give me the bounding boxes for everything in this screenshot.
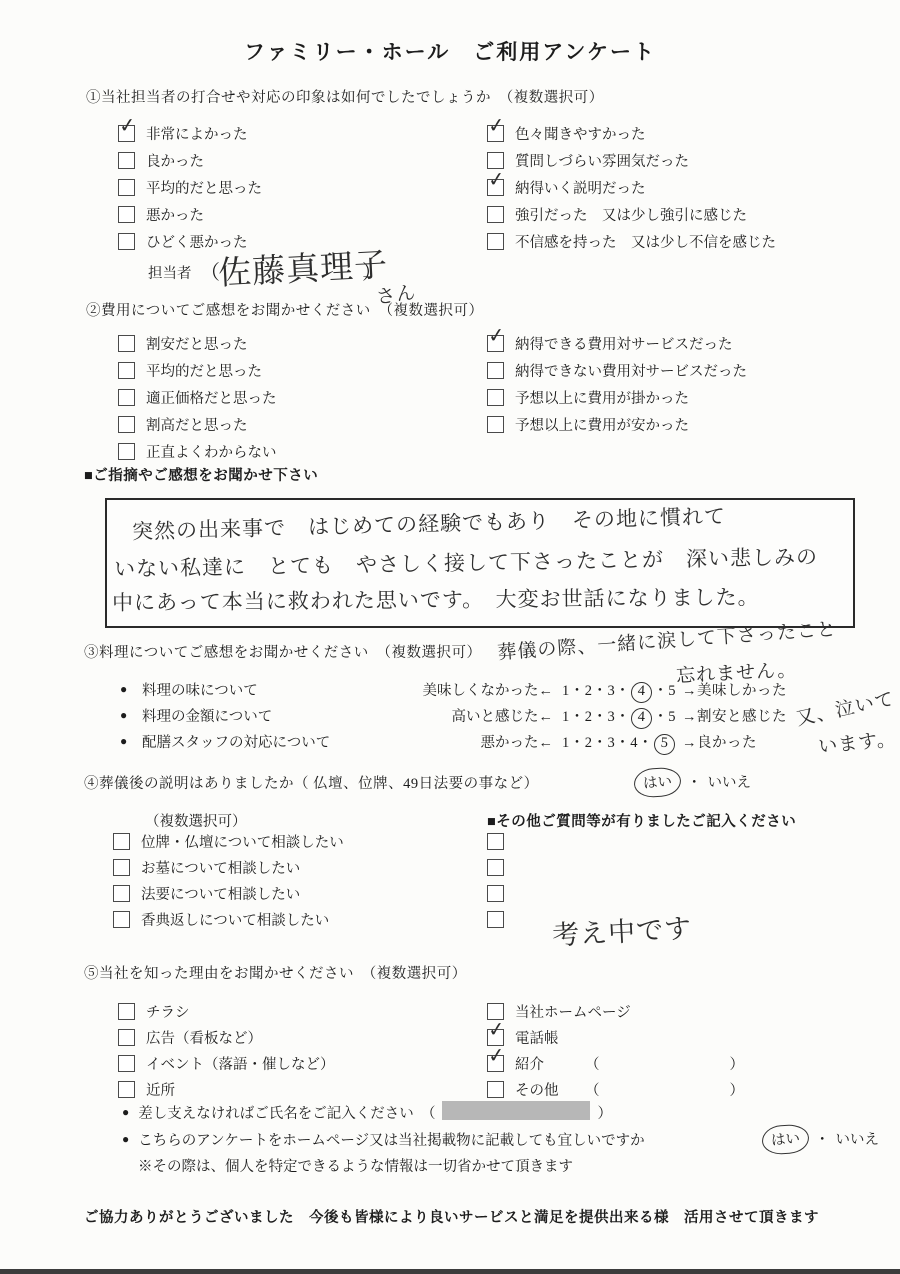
checkmark: ✓: [118, 114, 138, 136]
scale-high-label: →美味しかった: [682, 683, 787, 699]
footer-thanks-line: ご協力ありがとうございました 今後も皆様により良いサービスと満足を提供出来る様 …: [84, 1206, 819, 1227]
scan-edge-artifact: [0, 1269, 900, 1274]
checkbox-label: 平均的だと思った: [146, 177, 262, 198]
q1-right-option-1[interactable]: 質問しづらい雰囲気だった: [487, 147, 776, 174]
checkbox-label: 予想以上に費用が安かった: [515, 414, 689, 435]
checkbox-label: 納得できる費用対サービスだった: [515, 333, 733, 354]
q2-heading: ②費用についてご感想をお聞かせください （複数選択可）: [86, 299, 483, 320]
checkbox[interactable]: [118, 443, 135, 460]
bullet-icon: ●: [120, 708, 127, 723]
checkbox-label: 良かった: [146, 150, 204, 171]
scale-numbers-before[interactable]: 1・2・3・4・: [562, 735, 653, 751]
q3-heading: ③料理についてご感想をお聞かせください （複数選択可）: [84, 641, 481, 662]
checkbox-label: チラシ: [146, 1001, 190, 1022]
checkbox[interactable]: [118, 1029, 135, 1046]
q3-row-taste: ● 料理の味について 美味しくなかった← 1・2・3・4・5→美味しかった: [0, 679, 900, 701]
scale-low-label: 美味しくなかった←: [385, 679, 553, 700]
checkbox-label: 適正価格だと思った: [146, 387, 277, 408]
comment-line-3: 中にあって本当に救われた思いです。 大変お世話になりました。: [112, 581, 760, 617]
q4-yes-no-choice: はい・いいえ: [634, 768, 751, 797]
checkbox[interactable]: [118, 206, 135, 223]
q1-left-option-0[interactable]: ✓ 非常によかった: [118, 120, 262, 147]
name-request-line: ● 差し支えなければご氏名をご記入ください （ ）: [122, 1101, 612, 1123]
q5-heading: ⑤当社を知った理由をお聞かせください （複数選択可）: [84, 962, 467, 983]
circled-rating[interactable]: 4: [631, 707, 653, 729]
q5-left-options: チラシ 広告（看板など） イベント（落語・催しなど） 近所: [118, 998, 335, 1102]
checkbox[interactable]: [118, 416, 135, 433]
q4-left-option-1[interactable]: お墓について相談したい: [113, 854, 344, 880]
bullet-icon: ●: [122, 1132, 129, 1147]
checkmark: ✓: [487, 168, 507, 190]
q3-item-label: 配膳スタッフの対応について: [142, 731, 330, 752]
q4-right-option-0[interactable]: [487, 828, 515, 854]
checkbox[interactable]: [113, 885, 130, 902]
q1-right-option-4[interactable]: 不信感を持った 又は少し不信を感じた: [487, 228, 776, 255]
q4-left-option-0[interactable]: 位牌・仏壇について相談したい: [113, 828, 344, 854]
q4-left-option-2[interactable]: 法要について相談したい: [113, 880, 344, 906]
paren-open: （: [585, 1053, 600, 1074]
checkbox-label: 近所: [146, 1079, 175, 1100]
q5-right-option-2[interactable]: ✓ 紹介 （ ）: [487, 1050, 744, 1076]
q2-right-option-1[interactable]: 納得できない費用対サービスだった: [487, 357, 747, 384]
checkbox[interactable]: [118, 335, 135, 352]
checkbox-label: お墓について相談したい: [141, 857, 300, 878]
publish-yes-circled[interactable]: はい: [761, 1123, 810, 1155]
checkbox-label: 強引だった 又は少し強引に感じた: [515, 204, 747, 225]
checkbox[interactable]: [487, 859, 504, 876]
q5-left-option-0[interactable]: チラシ: [118, 998, 335, 1024]
paren-close: ）: [730, 1079, 745, 1100]
publish-consent-line: ● こちらのアンケートをホームページ又は当社掲載物に記載しても宜しいですか: [122, 1129, 645, 1150]
bullet-icon: ●: [120, 682, 127, 697]
bullet-icon: ●: [120, 734, 127, 749]
q5-right-options: 当社ホームページ ✓ 電話帳 ✓ 紹介 （ ） その他 （ ）: [487, 998, 744, 1102]
checkbox[interactable]: [118, 389, 135, 406]
rating-scale[interactable]: 1・2・3・4・5→美味しかった: [562, 679, 787, 703]
q4-yes-circled[interactable]: はい: [633, 766, 682, 798]
page-title: ファミリー・ホール ご利用アンケート: [0, 36, 900, 66]
checkbox[interactable]: [487, 833, 504, 850]
checkbox[interactable]: [118, 233, 135, 250]
q4-left-options: 位牌・仏壇について相談したい お墓について相談したい 法要について相談したい 香…: [113, 828, 344, 932]
checkbox[interactable]: [487, 389, 504, 406]
checkbox[interactable]: [113, 911, 130, 928]
scale-numbers-after[interactable]: ・5: [653, 683, 676, 699]
checkbox-label: 納得いく説明だった: [515, 177, 646, 198]
checkbox[interactable]: [113, 859, 130, 876]
q4-heading: ④葬儀後の説明はありましたか（ 仏壇、位牌、49日法要の事など）: [84, 772, 539, 793]
checkbox[interactable]: [118, 1081, 135, 1098]
staff-paren-close: ）: [362, 256, 382, 285]
q4-handwritten-note: 考え中です: [551, 906, 693, 952]
survey-form-page: ファミリー・ホール ご利用アンケート ①当社担当者の打合せや対応の印象は如何でし…: [0, 0, 900, 1274]
q1-right-option-3[interactable]: 強引だった 又は少し強引に感じた: [487, 201, 776, 228]
checkbox-label: 平均的だと思った: [146, 360, 262, 381]
q1-left-option-1[interactable]: 良かった: [118, 147, 262, 174]
scale-low-label: 高いと感じた←: [385, 705, 553, 726]
checkbox[interactable]: [113, 833, 130, 850]
checkbox-label: 色々聞きやすかった: [515, 123, 646, 144]
publish-consent-text: こちらのアンケートをホームページ又は当社掲載物に記載しても宜しいですか: [138, 1129, 644, 1150]
checkbox[interactable]: [118, 152, 135, 169]
q4-right-option-2[interactable]: [487, 880, 515, 906]
scale-numbers-before[interactable]: 1・2・3・: [562, 683, 630, 699]
scale-low-label: 悪かった←: [385, 731, 553, 752]
q1-right-option-2[interactable]: ✓ 納得いく説明だった: [487, 174, 776, 201]
q3-row-staff: ● 配膳スタッフの対応について 悪かった← 1・2・3・4・5→良かった: [0, 731, 900, 753]
checkbox-label: 位牌・仏壇について相談したい: [141, 831, 344, 852]
checkbox-label: 納得できない費用対サービスだった: [515, 360, 747, 381]
checkbox-label: 割安だと思った: [146, 333, 248, 354]
checkbox-label: 紹介: [515, 1053, 585, 1074]
q4-no[interactable]: いいえ: [708, 775, 752, 791]
q5-right-option-1[interactable]: ✓ 電話帳: [487, 1024, 744, 1050]
checkbox[interactable]: [487, 1081, 504, 1098]
checkbox-label: 質問しづらい雰囲気だった: [515, 150, 689, 171]
checkbox-label: 不信感を持った 又は少し不信を感じた: [515, 231, 776, 252]
q2-left-option-2[interactable]: 適正価格だと思った: [118, 384, 277, 411]
checkbox-label: 割高だと思った: [146, 414, 248, 435]
q5-right-option-3[interactable]: その他 （ ）: [487, 1076, 744, 1102]
checkbox[interactable]: [487, 362, 504, 379]
q4-right-option-3[interactable]: [487, 906, 515, 932]
q1-left-options: ✓ 非常によかった 良かった 平均的だと思った 悪かった ひどく悪かった: [118, 120, 262, 255]
q5-left-option-1[interactable]: 広告（看板など）: [118, 1024, 335, 1050]
name-request-text: 差し支えなければご氏名をご記入ください （: [138, 1102, 435, 1123]
circled-rating[interactable]: 4: [631, 681, 653, 703]
q4-right-option-1[interactable]: [487, 854, 515, 880]
checkmark: ✓: [487, 114, 507, 136]
q2-left-option-4[interactable]: 正直よくわからない: [118, 438, 277, 465]
staff-label: 担当者: [148, 262, 192, 283]
q4-right-heading: ■その他ご質問等が有りましたご記入ください: [487, 810, 796, 831]
circled-rating[interactable]: 5: [653, 733, 675, 755]
checkbox[interactable]: ✓: [487, 1055, 504, 1072]
checkbox[interactable]: [487, 885, 504, 902]
paren-close: ）: [598, 1102, 613, 1123]
checkmark: ✓: [487, 1044, 507, 1066]
checkbox-label: 広告（看板など）: [146, 1027, 262, 1048]
bullet-icon: ●: [122, 1105, 129, 1120]
checkbox[interactable]: ✓: [118, 125, 135, 142]
scale-high-label: →割安と感じた: [682, 709, 787, 725]
separator-dot: ・: [687, 775, 702, 791]
q2-right-option-3[interactable]: 予想以上に費用が安かった: [487, 411, 747, 438]
checkbox-label: 非常によかった: [146, 123, 248, 144]
publish-no[interactable]: いいえ: [836, 1132, 880, 1148]
q2-left-options: 割安だと思った 平均的だと思った 適正価格だと思った 割高だと思った 正直よくわ…: [118, 330, 277, 465]
checkmark: ✓: [487, 324, 507, 346]
checkbox[interactable]: ✓: [487, 179, 504, 196]
q3-item-label: 料理の味について: [142, 679, 258, 700]
q2-right-option-0[interactable]: ✓ 納得できる費用対サービスだった: [487, 330, 747, 357]
checkbox[interactable]: [487, 416, 504, 433]
q1-right-option-0[interactable]: ✓ 色々聞きやすかった: [487, 120, 776, 147]
checkbox[interactable]: [118, 1003, 135, 1020]
checkbox-label: 香典返しについて相談したい: [141, 909, 329, 930]
q4-left-option-3[interactable]: 香典返しについて相談したい: [113, 906, 344, 932]
checkbox[interactable]: [118, 362, 135, 379]
checkbox[interactable]: [487, 233, 504, 250]
rating-scale[interactable]: 1・2・3・4・5→良かった: [562, 731, 757, 755]
comments-heading: ■ご指摘やご感想をお聞かせ下さい: [84, 464, 318, 485]
scale-numbers-after[interactable]: ・5: [653, 709, 676, 725]
checkbox-label: 当社ホームページ: [515, 1001, 631, 1022]
checkbox-label: 法要について相談したい: [141, 883, 300, 904]
q2-left-option-3[interactable]: 割高だと思った: [118, 411, 277, 438]
q3-row-price: ● 料理の金額について 高いと感じた← 1・2・3・4・5→割安と感じた: [0, 705, 900, 727]
checkbox[interactable]: [487, 206, 504, 223]
q5-right-option-0[interactable]: 当社ホームページ: [487, 998, 744, 1024]
checkbox[interactable]: ✓: [487, 335, 504, 352]
q1-heading: ①当社担当者の打合せや対応の印象は如何でしたでしょうか （複数選択可）: [86, 86, 604, 107]
checkbox-label: 電話帳: [515, 1027, 559, 1048]
checkbox-label: 悪かった: [146, 204, 204, 225]
privacy-note: ※その際は、個人を特定できるような情報は一切省かせて頂きます: [138, 1155, 573, 1176]
checkbox-label: 予想以上に費用が掛かった: [515, 387, 689, 408]
q1-left-option-3[interactable]: 悪かった: [118, 201, 262, 228]
q2-right-options: ✓ 納得できる費用対サービスだった 納得できない費用対サービスだった 予想以上に…: [487, 330, 747, 438]
checkbox-label: イベント（落語・催しなど）: [146, 1053, 335, 1074]
checkbox[interactable]: [118, 1055, 135, 1072]
paren-close: ）: [730, 1053, 745, 1074]
q5-left-option-2[interactable]: イベント（落語・催しなど）: [118, 1050, 335, 1076]
checkbox-label: 正直よくわからない: [146, 441, 277, 462]
checkbox-label: その他: [515, 1079, 585, 1100]
q3-item-label: 料理の金額について: [142, 705, 272, 726]
q1-left-option-2[interactable]: 平均的だと思った: [118, 174, 262, 201]
q4-right-checkboxes: [487, 828, 515, 932]
paren-open: （: [585, 1079, 600, 1100]
q2-left-option-0[interactable]: 割安だと思った: [118, 330, 277, 357]
checkbox[interactable]: ✓: [487, 125, 504, 142]
q1-right-options: ✓ 色々聞きやすかった 質問しづらい雰囲気だった ✓ 納得いく説明だった 強引だ…: [487, 120, 776, 255]
checkbox[interactable]: [487, 911, 504, 928]
q5-left-option-3[interactable]: 近所: [118, 1076, 335, 1102]
checkmark: ✓: [487, 1018, 507, 1040]
q2-right-option-2[interactable]: 予想以上に費用が掛かった: [487, 384, 747, 411]
publish-yes-no-choice: はい・いいえ: [762, 1125, 879, 1154]
q2-left-option-1[interactable]: 平均的だと思った: [118, 357, 277, 384]
separator-dot: ・: [815, 1132, 830, 1148]
scale-high-label: →良かった: [682, 735, 757, 751]
rating-scale[interactable]: 1・2・3・4・5→割安と感じた: [562, 705, 787, 729]
redacted-name-box[interactable]: [442, 1101, 590, 1120]
checkbox[interactable]: [118, 179, 135, 196]
scale-numbers-before[interactable]: 1・2・3・: [562, 709, 630, 725]
